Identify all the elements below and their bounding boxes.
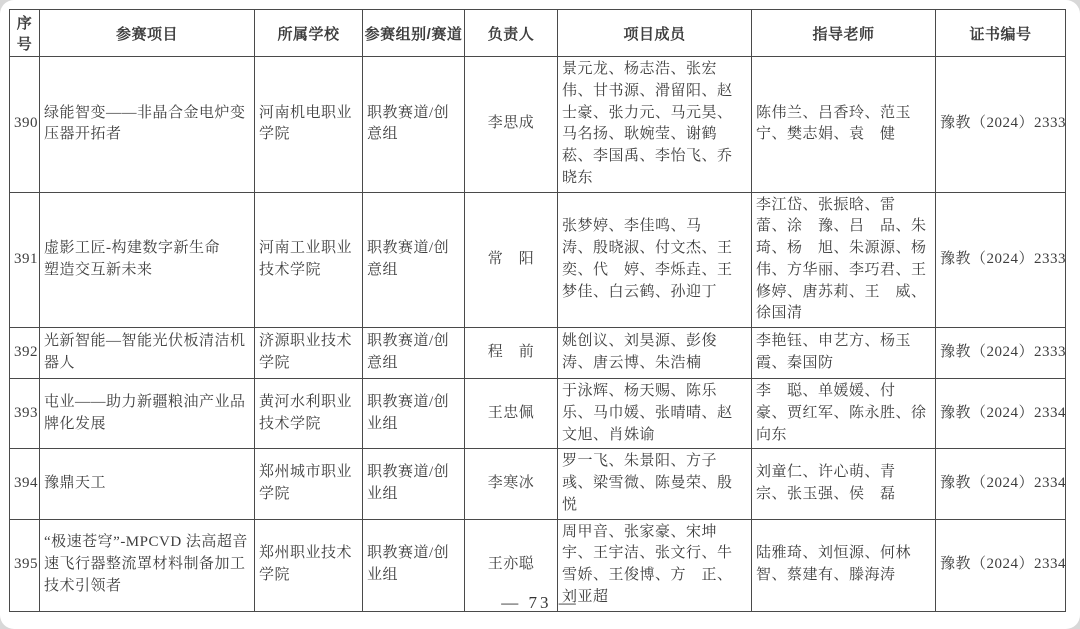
table-row-390: 390 绿能智变——非晶合金电炉变压器开拓者 河南机电职业学院 职教赛道/创意组…: [10, 57, 1066, 193]
cell-advisors: 陈伟兰、吕香玲、范玉宁、樊志娟、袁 健: [752, 57, 936, 193]
table-row-392: 392 光新智能—智能光伏板清洁机器人 济源职业技术学院 职教赛道/创意组 程 …: [10, 328, 1066, 379]
cell-serial-number: 394: [10, 449, 40, 519]
cell-certificate-number: 豫教（2024）23340: [936, 379, 1066, 449]
col-header-project: 参赛项目: [40, 10, 255, 57]
cell-track: 职教赛道/创意组: [363, 328, 465, 379]
cell-serial-number: 390: [10, 57, 40, 193]
col-header-certificate-number: 证书编号: [936, 10, 1066, 57]
cell-serial-number: 393: [10, 379, 40, 449]
page-number: — 73 —: [0, 593, 1080, 613]
col-header-serial-number: 序号: [10, 10, 40, 57]
cell-project: 豫鼎天工: [40, 449, 255, 519]
cell-advisors: 李 聪、单媛媛、付 豪、贾红军、陈永胜、徐向东: [752, 379, 936, 449]
document-page: 序号 参赛项目 所属学校 参赛组别/赛道 负责人 项目成员 指导老师 证书编号 …: [0, 0, 1080, 629]
table-row-394: 394 豫鼎天工 郑州城市职业学院 职教赛道/创业组 李寒冰 罗一飞、朱景阳、方…: [10, 449, 1066, 519]
cell-leader: 李寒冰: [465, 449, 558, 519]
col-header-track: 参赛组别/赛道: [363, 10, 465, 57]
cell-certificate-number: 豫教（2024）23338: [936, 192, 1066, 328]
cell-members: 姚创议、刘昊源、彭俊涛、唐云博、朱浩楠: [558, 328, 752, 379]
cell-school: 河南机电职业学院: [255, 57, 363, 193]
cell-members: 景元龙、杨志浩、张宏伟、甘书源、滑留阳、赵士豪、张力元、马元昊、马名扬、耿婉莹、…: [558, 57, 752, 193]
cell-project: 绿能智变——非晶合金电炉变压器开拓者: [40, 57, 255, 193]
cell-leader: 李思成: [465, 57, 558, 193]
cell-members: 张梦婷、李佳鸣、马 涛、殷晓淑、付文杰、王 奕、代 婷、李烁垚、王梦佳、白云鹤、…: [558, 192, 752, 328]
cell-school: 济源职业技术学院: [255, 328, 363, 379]
cell-certificate-number: 豫教（2024）23339: [936, 328, 1066, 379]
cell-leader: 王忠佩: [465, 379, 558, 449]
table-row-393: 393 屯业——助力新疆粮油产业品牌化发展 黄河水利职业技术学院 职教赛道/创业…: [10, 379, 1066, 449]
cell-school: 黄河水利职业技术学院: [255, 379, 363, 449]
cell-serial-number: 391: [10, 192, 40, 328]
cell-certificate-number: 豫教（2024）23337: [936, 57, 1066, 193]
cell-certificate-number: 豫教（2024）23341: [936, 449, 1066, 519]
table-row-391: 391 虚影工匠-构建数字新生命 塑造交互新未来 河南工业职业技术学院 职教赛道…: [10, 192, 1066, 328]
cell-school: 郑州城市职业学院: [255, 449, 363, 519]
award-results-table: 序号 参赛项目 所属学校 参赛组别/赛道 负责人 项目成员 指导老师 证书编号 …: [9, 9, 1066, 612]
cell-serial-number: 392: [10, 328, 40, 379]
cell-project: 虚影工匠-构建数字新生命 塑造交互新未来: [40, 192, 255, 328]
cell-track: 职教赛道/创业组: [363, 379, 465, 449]
cell-advisors: 李艳钰、申艺方、杨玉霞、秦国防: [752, 328, 936, 379]
cell-project: 光新智能—智能光伏板清洁机器人: [40, 328, 255, 379]
cell-school: 河南工业职业技术学院: [255, 192, 363, 328]
table-header-row: 序号 参赛项目 所属学校 参赛组别/赛道 负责人 项目成员 指导老师 证书编号: [10, 10, 1066, 57]
col-header-members: 项目成员: [558, 10, 752, 57]
cell-members: 罗一飞、朱景阳、方子彧、梁雪微、陈曼荣、殷 悦: [558, 449, 752, 519]
cell-advisors: 李江岱、张振晗、雷 蕾、涂 豫、吕 品、朱 琦、杨 旭、朱源源、杨 伟、方华丽、…: [752, 192, 936, 328]
cell-leader: 程 前: [465, 328, 558, 379]
cell-track: 职教赛道/创意组: [363, 57, 465, 193]
cell-members: 于泳辉、杨天赐、陈乐乐、马巾媛、张晴晴、赵文旭、肖姝谕: [558, 379, 752, 449]
cell-leader: 常 阳: [465, 192, 558, 328]
cell-track: 职教赛道/创意组: [363, 192, 465, 328]
cell-advisors: 刘童仁、许心萌、青 宗、张玉强、侯 磊: [752, 449, 936, 519]
col-header-advisors: 指导老师: [752, 10, 936, 57]
cell-project: 屯业——助力新疆粮油产业品牌化发展: [40, 379, 255, 449]
col-header-school: 所属学校: [255, 10, 363, 57]
cell-track: 职教赛道/创业组: [363, 449, 465, 519]
col-header-leader: 负责人: [465, 10, 558, 57]
